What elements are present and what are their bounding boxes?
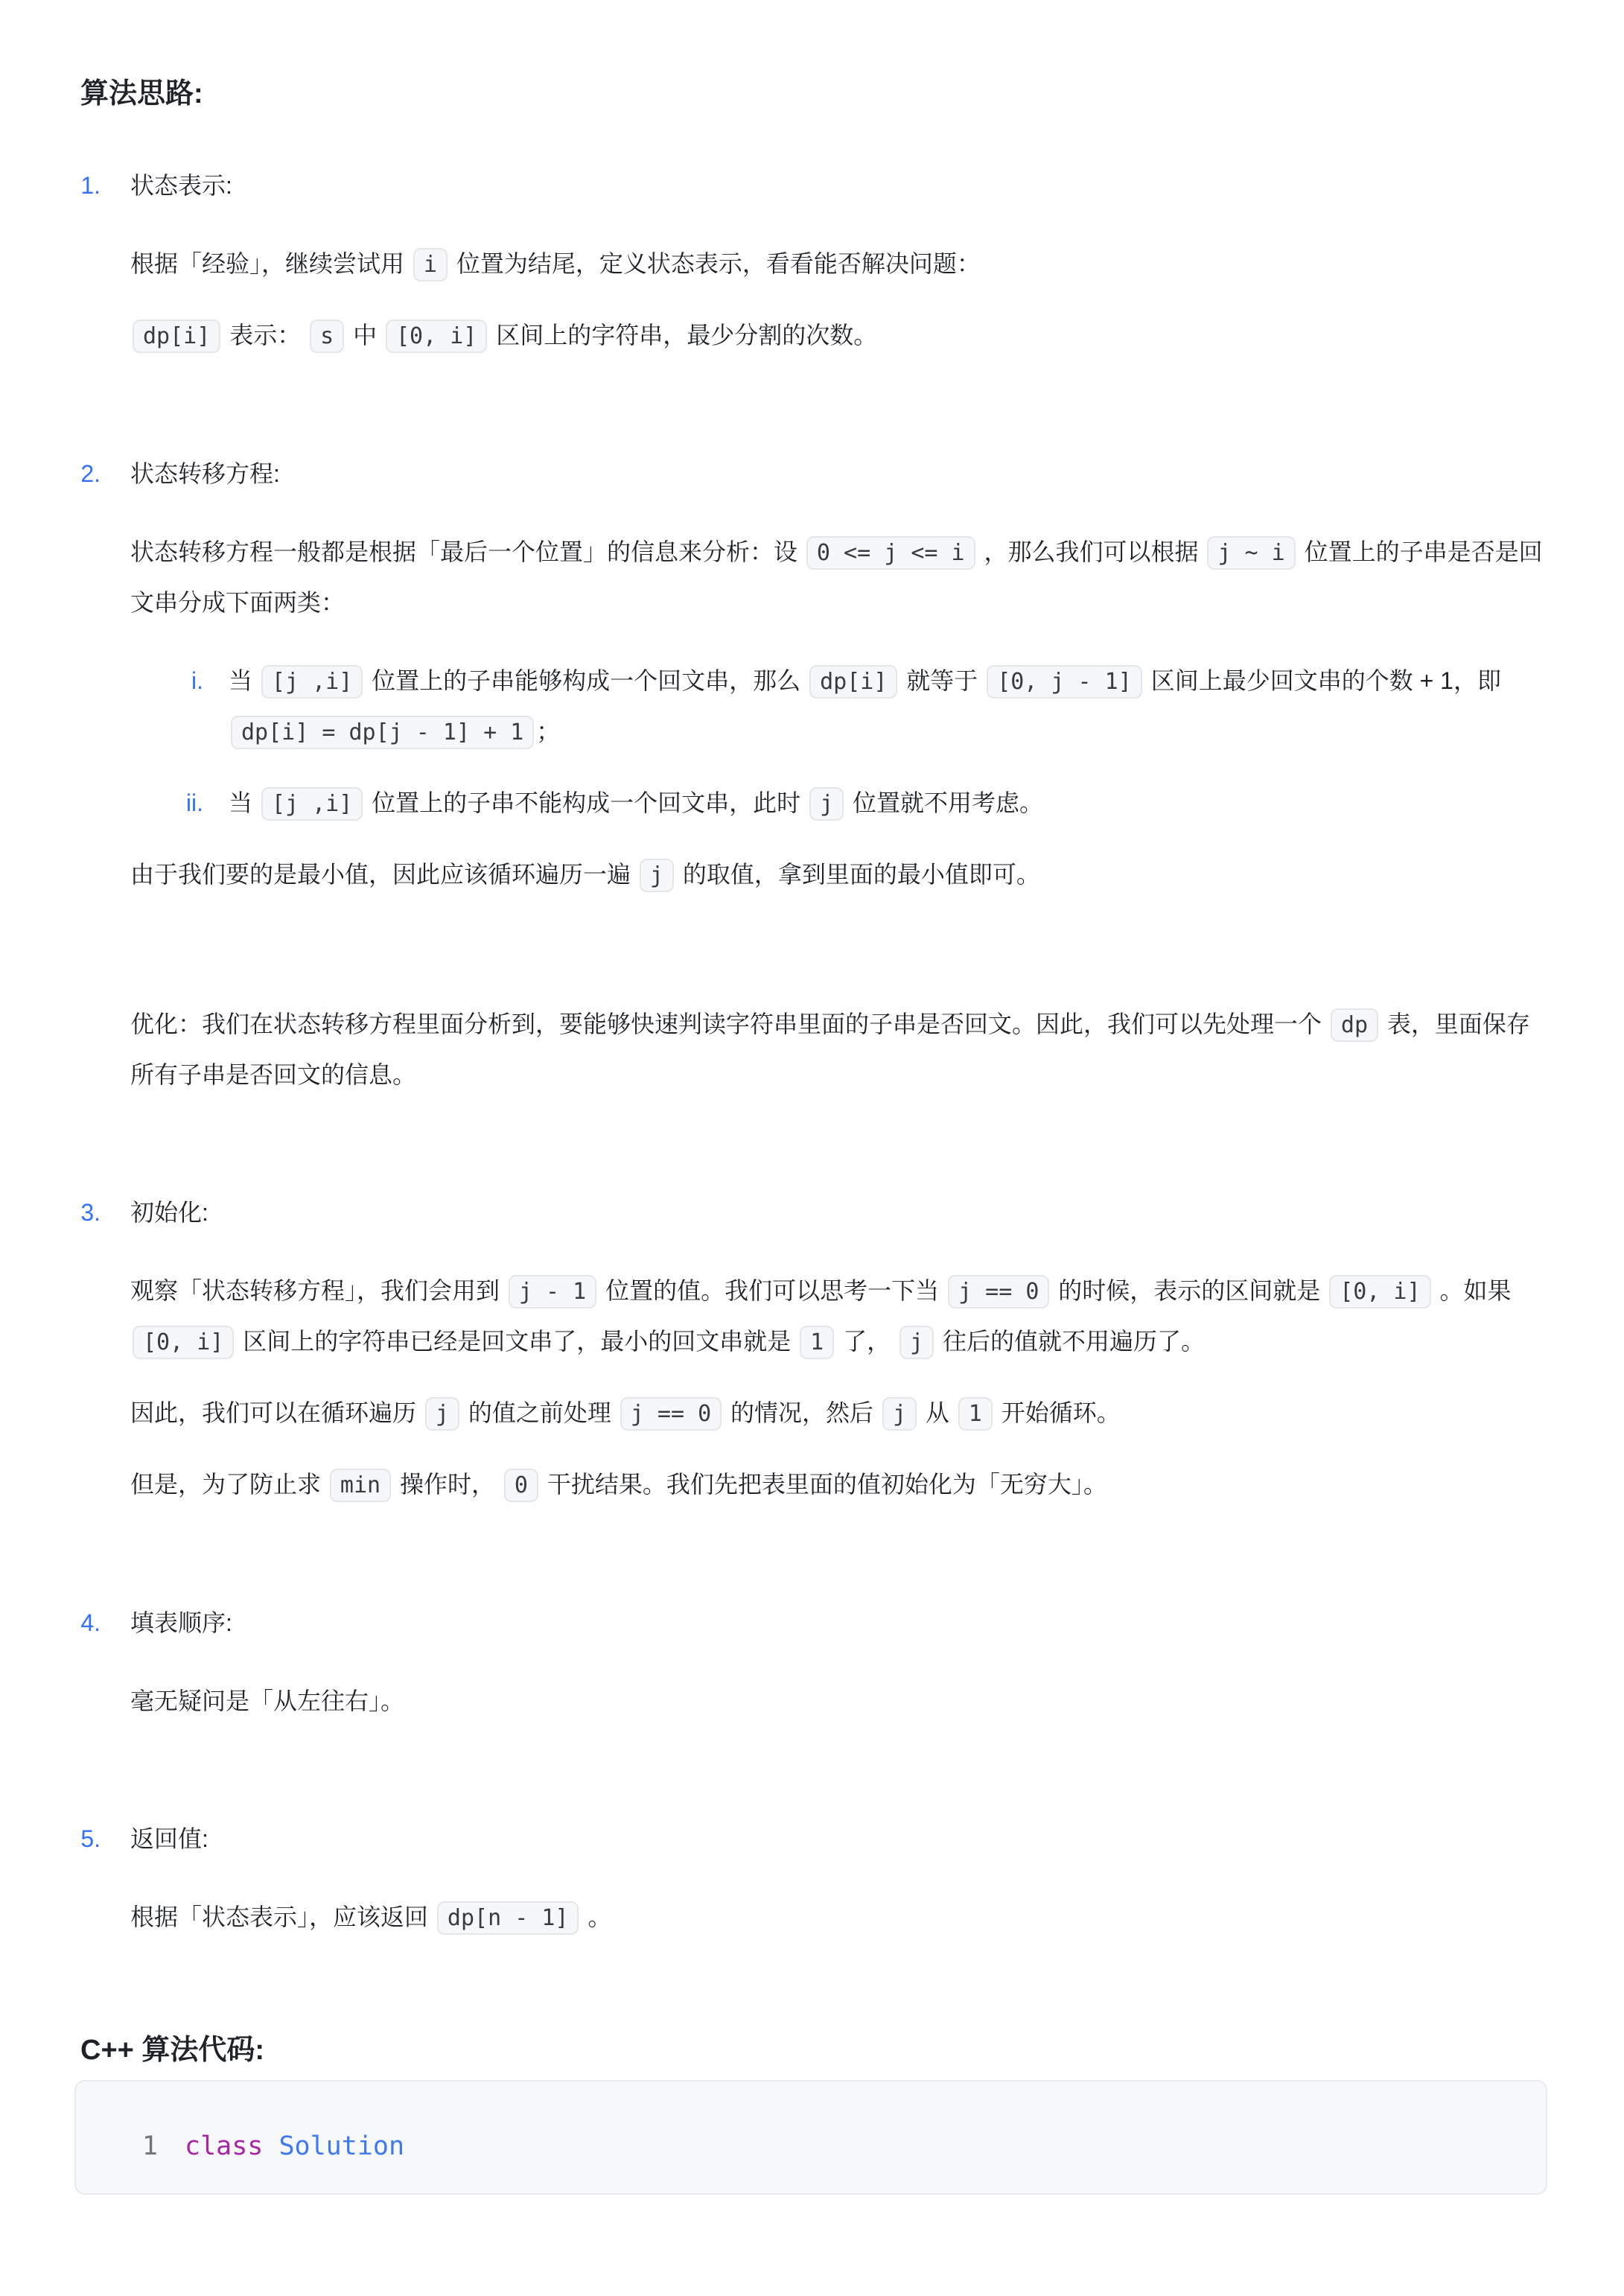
inline-code: j bbox=[640, 859, 674, 892]
inline-code: [0, i] bbox=[386, 319, 487, 353]
list-item-title: 填表顺序: bbox=[130, 1598, 1550, 1648]
inline-code: [j ,i] bbox=[261, 665, 363, 699]
code-line: 1class Solution bbox=[121, 2129, 1516, 2163]
paragraph: 毫无疑问是「从左往右」。 bbox=[130, 1676, 1550, 1726]
code-token-keyword: class bbox=[185, 2131, 263, 2161]
paragraph: dp[i] 表示： s 中 [0, i] 区间上的字符串，最少分割的次数。 bbox=[130, 311, 1550, 361]
paragraph: 观察「状态转移方程」，我们会用到 j - 1 位置的值。我们可以思考一下当 j … bbox=[130, 1266, 1550, 1367]
paragraph: 但是，为了防止求 min 操作时， 0 干扰结果。我们先把表里面的值初始化为「无… bbox=[130, 1460, 1550, 1510]
paragraph: 优化：我们在状态转移方程里面分析到，要能够快速判读字符串里面的子串是否回文。因此… bbox=[130, 999, 1550, 1100]
inline-code: 0 bbox=[504, 1469, 538, 1502]
paragraph: 根据「状态表示」，应该返回 dp[n - 1] 。 bbox=[130, 1892, 1550, 1943]
section-title-algorithm-idea: 算法思路: bbox=[80, 74, 1550, 113]
sub-list: i.当 [j ,i] 位置上的子串能够构成一个回文串，那么 dp[i] 就等于 … bbox=[130, 656, 1550, 829]
inline-code: dp[i] bbox=[133, 319, 220, 353]
inline-code: dp bbox=[1331, 1008, 1378, 1042]
list-number: 2. bbox=[80, 449, 101, 499]
paragraph: 根据「经验」，继续尝试用 i 位置为结尾，定义状态表示，看看能否解决问题： bbox=[130, 239, 1550, 290]
list-number: 3. bbox=[80, 1188, 101, 1238]
list-number: 1. bbox=[80, 161, 101, 211]
inline-code: dp[n - 1] bbox=[437, 1901, 579, 1935]
sub-list-item: i.当 [j ,i] 位置上的子串能够构成一个回文串，那么 dp[i] 就等于 … bbox=[229, 656, 1550, 757]
inline-code: j == 0 bbox=[948, 1275, 1049, 1308]
inline-code: [j ,i] bbox=[261, 787, 363, 821]
sub-list-number: i. bbox=[191, 656, 203, 706]
inline-code: [0, i] bbox=[1329, 1275, 1430, 1308]
list-item: 2.状态转移方程:状态转移方程一般都是根据「最后一个位置」的信息来分析：设 0 … bbox=[130, 449, 1550, 1100]
inline-code: [0, i] bbox=[133, 1326, 234, 1359]
inline-code: s bbox=[310, 319, 344, 353]
code-token-plain bbox=[263, 2131, 278, 2161]
list-item-title: 状态转移方程: bbox=[130, 449, 1550, 499]
list-item: 3.初始化:观察「状态转移方程」，我们会用到 j - 1 位置的值。我们可以思考… bbox=[130, 1188, 1550, 1510]
list-item-title: 返回值: bbox=[130, 1814, 1550, 1864]
inline-code: j bbox=[809, 787, 844, 821]
list-item: 5.返回值:根据「状态表示」，应该返回 dp[n - 1] 。 bbox=[130, 1814, 1550, 1943]
inline-code: j bbox=[882, 1397, 917, 1431]
paragraph: 由于我们要的是最小值，因此应该循环遍历一遍 j 的取值，拿到里面的最小值即可。 bbox=[130, 850, 1550, 900]
inline-code: dp[i] = dp[j - 1] + 1 bbox=[231, 716, 534, 749]
code-token-class_name: Solution bbox=[278, 2131, 404, 2161]
section-title-cpp-code: C++ 算法代码: bbox=[80, 2031, 1550, 2070]
list-number: 4. bbox=[80, 1598, 101, 1648]
inline-code: j - 1 bbox=[509, 1275, 596, 1308]
inline-code: j bbox=[425, 1397, 459, 1431]
sub-list-item: ii.当 [j ,i] 位置上的子串不能构成一个回文串，此时 j 位置就不用考虑… bbox=[229, 778, 1550, 829]
inline-code: i bbox=[413, 248, 448, 282]
document-page: 算法思路: 1.状态表示:根据「经验」，继续尝试用 i 位置为结尾，定义状态表示… bbox=[0, 0, 1624, 2195]
inline-code: 0 <= j <= i bbox=[806, 536, 975, 570]
inline-code: j ~ i bbox=[1207, 536, 1295, 570]
inline-code: 1 bbox=[800, 1326, 834, 1359]
paragraph: 因此，我们可以在循环遍历 j 的值之前处理 j == 0 的情况，然后 j 从 … bbox=[130, 1388, 1550, 1439]
inline-code: dp[i] bbox=[809, 665, 897, 699]
inline-code: 1 bbox=[958, 1397, 993, 1431]
list-item-title: 状态表示: bbox=[130, 161, 1550, 211]
list-item: 4.填表顺序:毫无疑问是「从左往右」。 bbox=[130, 1598, 1550, 1726]
list-number: 5. bbox=[80, 1814, 101, 1864]
algorithm-steps-list: 1.状态表示:根据「经验」，继续尝试用 i 位置为结尾，定义状态表示，看看能否解… bbox=[80, 161, 1550, 1943]
paragraph: 状态转移方程一般都是根据「最后一个位置」的信息来分析：设 0 <= j <= i… bbox=[130, 527, 1550, 628]
inline-code: j bbox=[899, 1326, 934, 1359]
list-item-title: 初始化: bbox=[130, 1188, 1550, 1238]
list-item: 1.状态表示:根据「经验」，继续尝试用 i 位置为结尾，定义状态表示，看看能否解… bbox=[130, 161, 1550, 361]
code-block: 1class Solution bbox=[74, 2080, 1547, 2195]
inline-code: [0, j - 1] bbox=[987, 665, 1142, 699]
inline-code: j == 0 bbox=[620, 1397, 722, 1431]
line-number: 1 bbox=[121, 2129, 158, 2163]
inline-code: min bbox=[330, 1469, 391, 1502]
sub-list-number: ii. bbox=[186, 778, 203, 828]
